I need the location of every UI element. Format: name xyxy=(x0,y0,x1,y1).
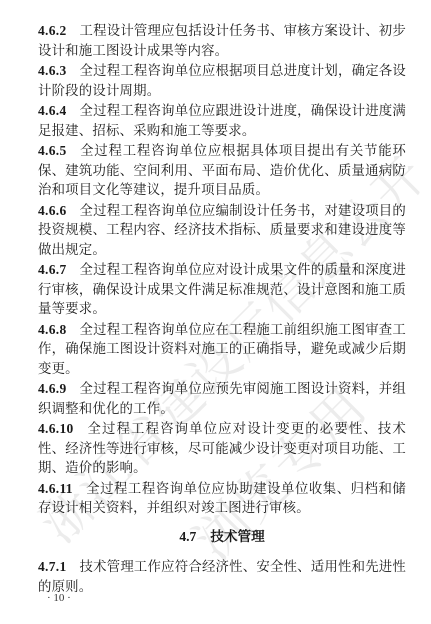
section-heading-4-7: 4.7技术管理 xyxy=(38,527,406,548)
clause-number: 4.6.9 xyxy=(38,381,67,396)
clause-number: 4.6.11 xyxy=(38,481,73,496)
clause-4-6-9: 4.6.9全过程工程咨询单位应预先审阅施工图设计资料，并组织调整和优化的工作。 xyxy=(38,379,406,419)
clause-4-6-4: 4.6.4全过程工程咨询单位应跟进设计进度，确保设计进度满足报建、招标、采购和施… xyxy=(38,101,406,141)
clause-text: 技术管理工作应符合经济性、安全性、适用性和先进性的原则。 xyxy=(38,560,406,595)
clause-4-6-8: 4.6.8全过程工程咨询单位应在工程施工前组织施工图审查工作，确保施工图设计资料… xyxy=(38,320,406,380)
clause-text: 全过程工程咨询单位应跟进设计进度，确保设计进度满足报建、招标、采购和施工等要求。 xyxy=(38,104,406,139)
section-number: 4.7 xyxy=(179,529,196,544)
clause-text: 全过程工程咨询单位应在工程施工前组织施工图审查工作，确保施工图设计资料对施工的正… xyxy=(38,323,406,377)
clause-text: 全过程工程咨询单位应预先审阅施工图设计资料，并组织调整和优化的工作。 xyxy=(38,382,406,417)
clause-text: 全过程工程咨询单位应对设计变更的必要性、技术性、经济性等进行审核，尽可能减少设计… xyxy=(38,422,406,476)
clause-number: 4.6.10 xyxy=(38,421,74,436)
clause-text: 全过程工程咨询单位应根据项目总进度计划，确定各设计阶段的设计周期。 xyxy=(38,64,406,99)
clause-4-6-3: 4.6.3全过程工程咨询单位应根据项目总进度计划，确定各设计阶段的设计周期。 xyxy=(38,61,406,101)
clause-4-6-5: 4.6.5全过程工程咨询单位应根据具体项目提出有关节能环保、建筑功能、空间利用、… xyxy=(38,141,406,201)
clause-number: 4.6.6 xyxy=(38,203,67,218)
section-title: 技术管理 xyxy=(210,529,264,545)
clause-number: 4.6.3 xyxy=(38,63,67,78)
clause-4-6-2: 4.6.2工程设计管理应包括设计任务书、审核方案设计、初步设计和施工图设计成果等… xyxy=(38,21,406,61)
clause-text: 全过程工程咨询单位应协助建设单位收集、归档和储存设计相关资料，并组织对竣工图进行… xyxy=(38,482,406,517)
clause-4-6-11: 4.6.11全过程工程咨询单位应协助建设单位收集、归档和储存设计相关资料，并组织… xyxy=(38,479,406,519)
clause-text: 全过程工程咨询单位应编制设计任务书，对建设项目的投资规模、工程内容、经济技术指标… xyxy=(38,204,406,258)
clause-4-7-1: 4.7.1技术管理工作应符合经济性、安全性、适用性和先进性的原则。 xyxy=(38,557,406,597)
clause-number: 4.6.5 xyxy=(38,143,67,158)
clause-number: 4.6.4 xyxy=(38,103,67,118)
document-page: 4.6.2工程设计管理应包括设计任务书、审核方案设计、初步设计和施工图设计成果等… xyxy=(38,21,406,597)
clause-4-6-7: 4.6.7全过程工程咨询单位应对设计成果文件的质量和深度进行审核，确保设计成果文… xyxy=(38,260,406,320)
clause-number: 4.6.7 xyxy=(38,262,67,277)
clause-4-6-10: 4.6.10全过程工程咨询单位应对设计变更的必要性、技术性、经济性等进行审核，尽… xyxy=(38,419,406,479)
clause-text: 工程设计管理应包括设计任务书、审核方案设计、初步设计和施工图设计成果等内容。 xyxy=(38,24,406,59)
clause-number: 4.6.8 xyxy=(38,322,67,337)
clause-4-6-6: 4.6.6全过程工程咨询单位应编制设计任务书，对建设项目的投资规模、工程内容、经… xyxy=(38,201,406,261)
clause-number: 4.7.1 xyxy=(38,559,67,574)
clause-text: 全过程工程咨询单位应对设计成果文件的质量和深度进行审核，确保设计成果文件满足标准… xyxy=(38,263,406,317)
clause-number: 4.6.2 xyxy=(38,23,67,38)
clause-text: 全过程工程咨询单位应根据具体项目提出有关节能环保、建筑功能、空间利用、平面布局、… xyxy=(38,144,406,198)
page-number: · 10 · xyxy=(47,592,71,604)
